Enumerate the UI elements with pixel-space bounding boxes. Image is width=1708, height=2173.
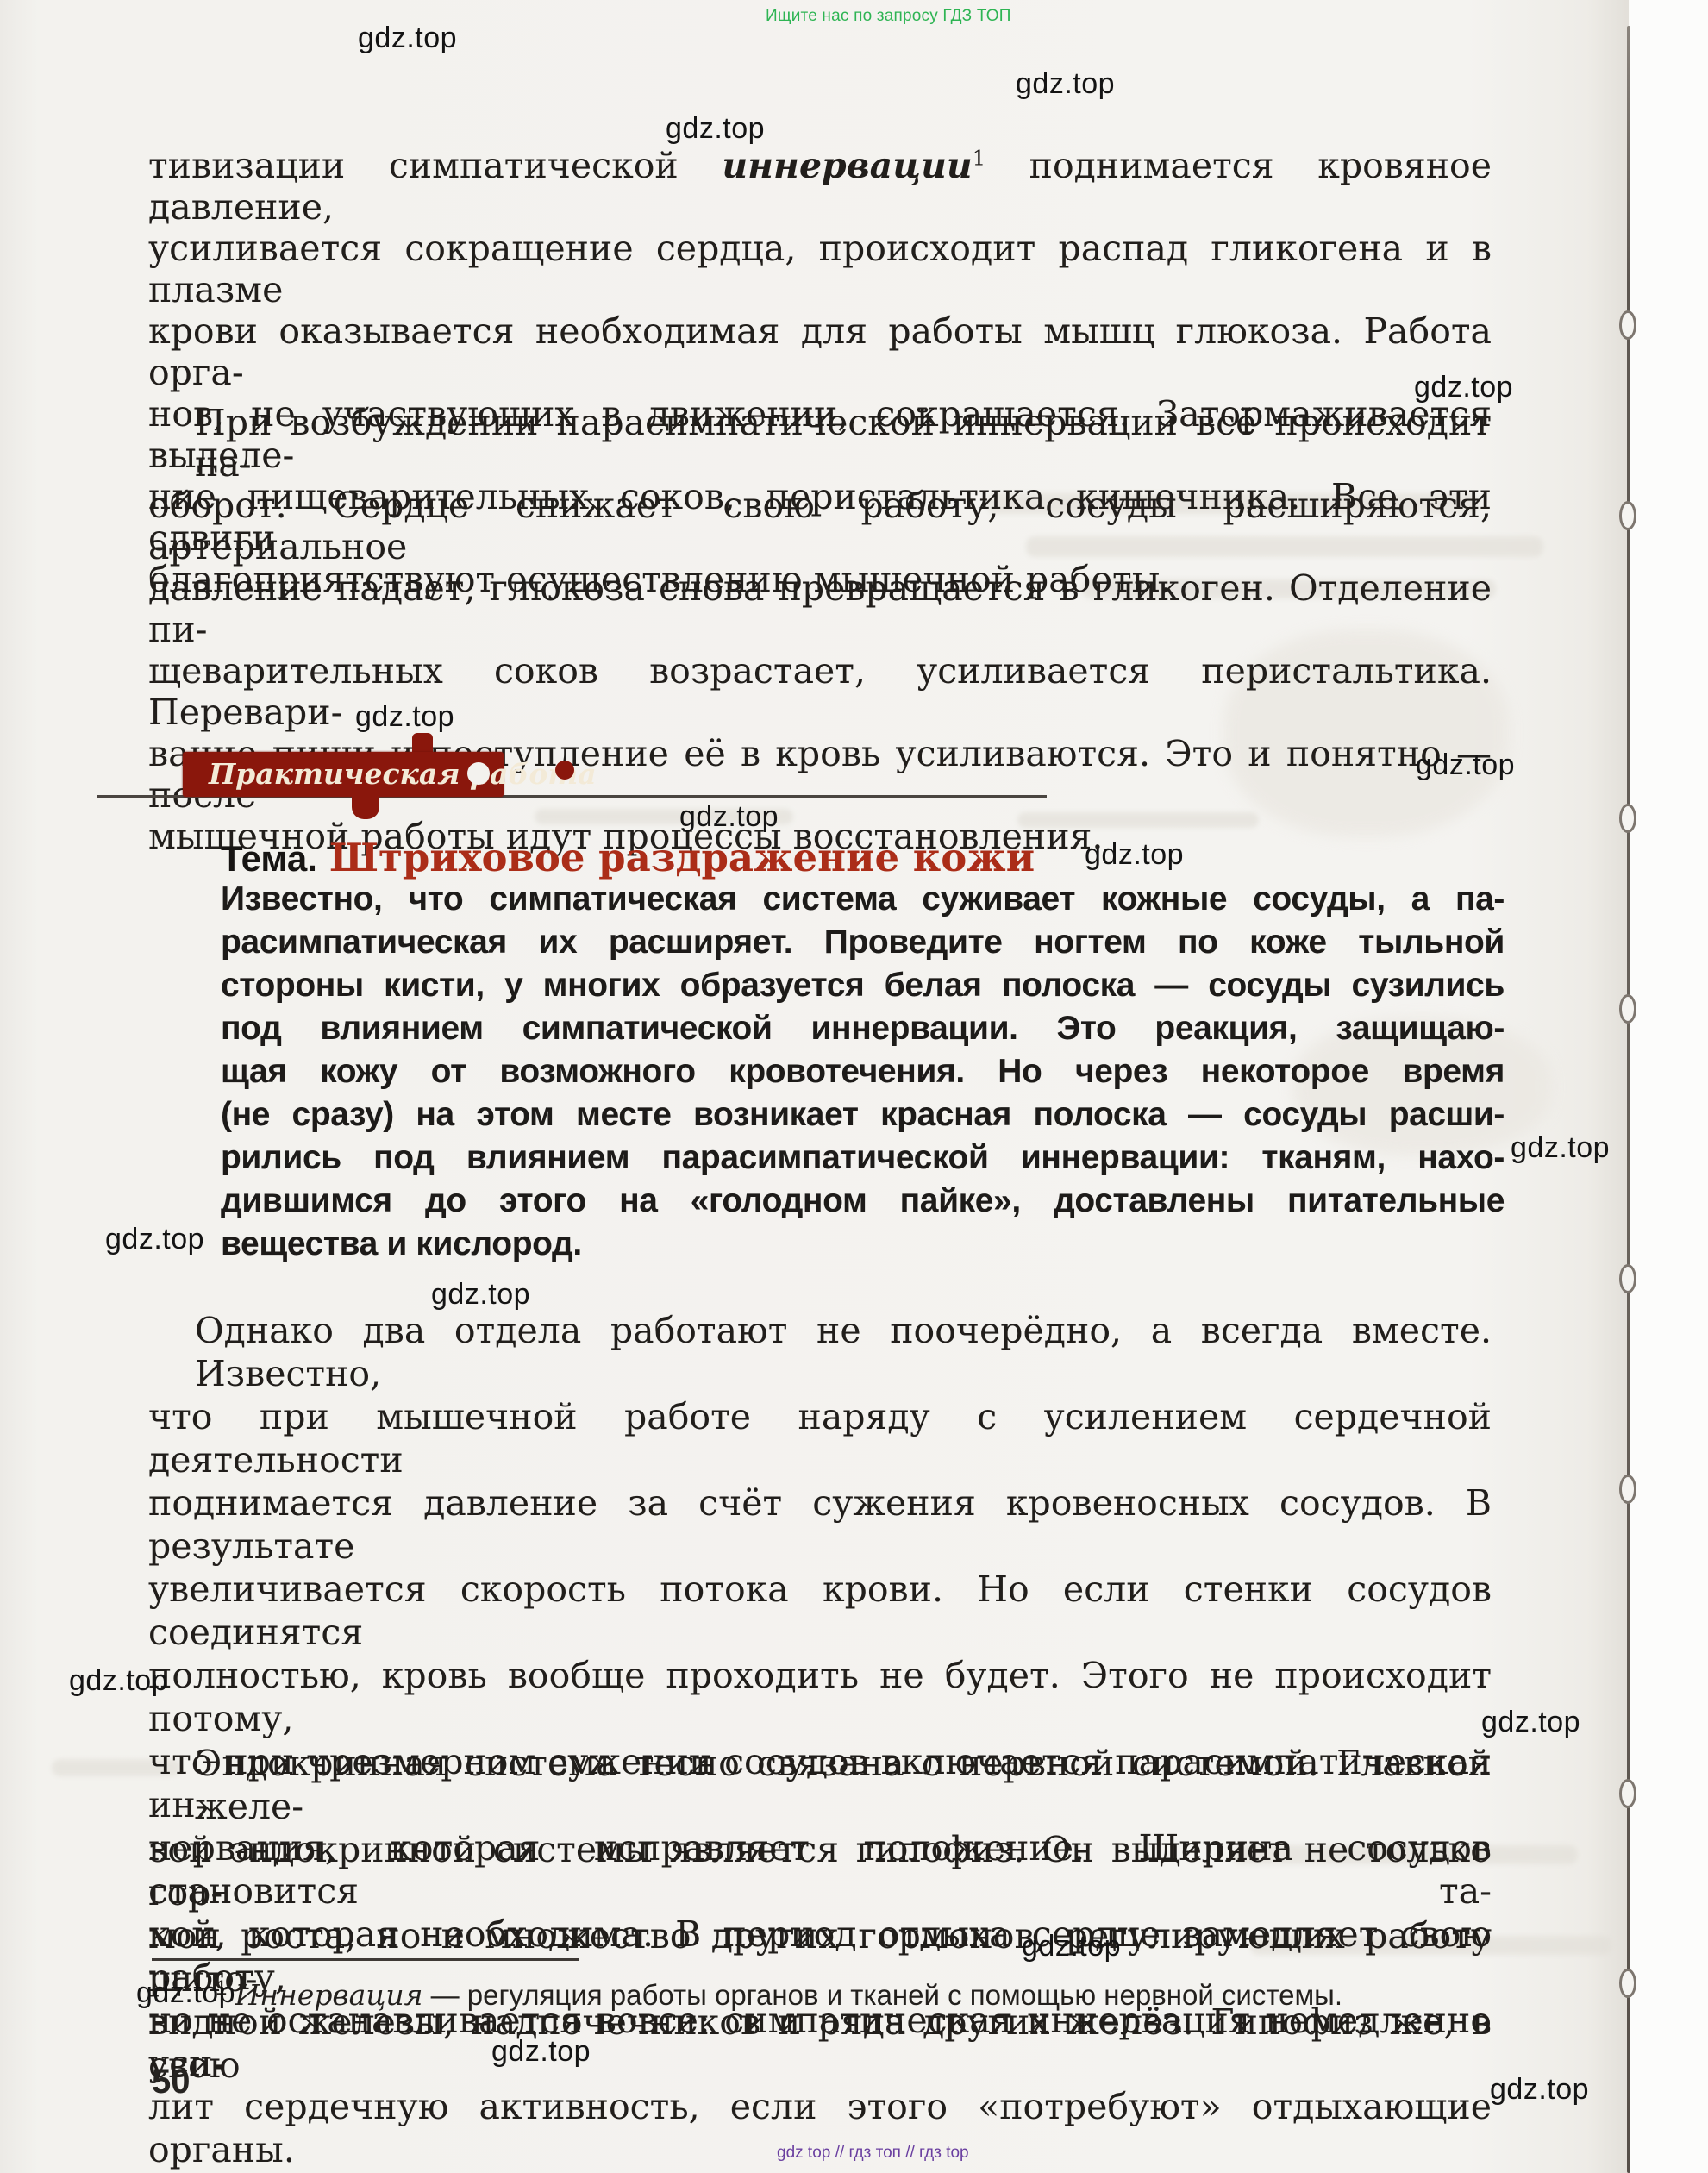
binding-bump	[1619, 1264, 1636, 1293]
text-line: давление падает, глюкоза снова превращае…	[148, 567, 1492, 650]
binding-bump	[1619, 310, 1636, 340]
text-line: Известно, что симпатическая система сужи…	[221, 878, 1505, 921]
binding-bump	[1619, 1779, 1636, 1808]
text-line: что при мышечной работе наряду с усилени…	[148, 1395, 1492, 1481]
text-line: зой эндокринной системы является гипофиз…	[148, 1828, 1492, 1914]
binding-bump	[1619, 804, 1636, 833]
watermark-text: gdz.top	[1085, 838, 1184, 872]
text-line: расимпатическая их расширяет. Проведите …	[221, 921, 1505, 964]
text-line: под влиянием симпатической иннервации. Э…	[221, 1007, 1505, 1050]
binding-bump	[1619, 1475, 1636, 1504]
watermark-text: gdz.top	[136, 1976, 235, 2010]
footnote-term: Иннервация	[235, 1978, 423, 2012]
text-line: оборот. Сердце снижает свою работу, сосу…	[148, 485, 1492, 567]
watermark-text: gdz.top	[1016, 67, 1115, 101]
footnote-marker: 1	[973, 146, 985, 170]
watermark-text: gdz.top	[358, 22, 457, 55]
text-line: полностью, кровь вообще проходить не буд…	[148, 1654, 1492, 1740]
watermark-text: gdz.top	[666, 112, 765, 146]
term-innervation: иннервации	[722, 145, 972, 186]
text-line: поднимается давление за счёт сужения кро…	[148, 1481, 1492, 1568]
binding-bump	[1619, 1969, 1636, 1998]
text-line: усиливается сокращение сердца, происходи…	[148, 228, 1492, 310]
practical-work-banner: Практическая работа	[183, 752, 504, 797]
banner-tab	[352, 795, 379, 819]
text-line: Однако два отдела работают не поочерёдно…	[148, 1309, 1492, 1395]
text-line: (не сразу) на этом месте возникает красн…	[221, 1093, 1505, 1137]
text-line: видной железы, надпочечников и ряда друг…	[148, 2001, 1492, 2087]
watermark-text: gdz.top	[1022, 1930, 1121, 1963]
text-line: вещества и кислород.	[221, 1223, 1505, 1266]
text-line: крови оказывается необходимая для работы…	[148, 310, 1492, 393]
footnote: 1 Иннервация — регуляция работы органов …	[216, 1977, 1509, 2013]
text-line: щая кожу от возможного кровотечения. Но …	[221, 1050, 1505, 1093]
watermark-text: gdz.top	[491, 2035, 591, 2069]
banner-tab	[412, 733, 433, 754]
text-line: рились под влиянием парасимпатической ин…	[221, 1137, 1505, 1180]
paragraph-endocrine: Эндокринная система тесно связана с нерв…	[148, 1742, 1492, 2087]
scanner-background	[1630, 0, 1708, 2173]
page-number: 50	[152, 2063, 191, 2101]
text-line: увеличивается скорость потока крови. Но …	[148, 1568, 1492, 1654]
text-line: тивизации симпатической иннервации1 подн…	[148, 145, 1492, 228]
watermark-text: gdz.top	[431, 1278, 530, 1312]
watermark-text: gdz.top	[355, 700, 454, 734]
theme-heading: Тема.Штриховое раздражение кожи	[221, 835, 1035, 880]
watermark-text: gdz.top	[69, 1664, 168, 1698]
binding-bump	[1619, 994, 1636, 1024]
banner-hole	[467, 762, 490, 785]
text-line: лит сердечную активность, если этого «по…	[148, 2085, 1492, 2171]
text-line: стороны кисти, у многих образуется белая…	[221, 964, 1505, 1007]
scanned-book-page: Ищите нас по запросу ГДЗ ТОП gdz top // …	[0, 0, 1708, 2173]
footnote-separator	[152, 1958, 579, 1961]
watermark-text: gdz.top	[1416, 748, 1515, 782]
watermark-text: gdz.top	[679, 800, 779, 834]
practical-work-text: Известно, что симпатическая система сужи…	[221, 878, 1505, 1266]
binding-bump	[1619, 501, 1636, 530]
text-line: дившимся до этого на «голодном пайке», д…	[221, 1180, 1505, 1223]
watermark-text: gdz.top	[1490, 2073, 1589, 2107]
watermark-text: gdz.top	[1481, 1706, 1580, 1739]
text-line: При возбуждении парасимпатической иннерв…	[148, 402, 1492, 485]
text-line: Эндокринная система тесно связана с нерв…	[148, 1742, 1492, 1828]
watermark-text: gdz.top	[1511, 1131, 1610, 1165]
theme-title: Штриховое раздражение кожи	[329, 835, 1035, 880]
line-text: тивизации симпатической	[148, 145, 722, 186]
watermark-text: gdz.top	[105, 1223, 204, 1256]
text-line: щеварительных соков возрастает, усиливае…	[148, 650, 1492, 733]
page-edge-line	[1627, 26, 1630, 2173]
theme-label: Тема.	[221, 838, 317, 879]
promo-top-text: Ищите нас по запросу ГДЗ ТОП	[766, 7, 1011, 26]
practical-work-banner-label: Практическая работа	[209, 755, 493, 794]
banner-dot	[555, 761, 574, 780]
footnote-text: — регуляция работы органов и тканей с по…	[422, 1979, 1342, 2011]
watermark-text: gdz.top	[1414, 371, 1513, 404]
